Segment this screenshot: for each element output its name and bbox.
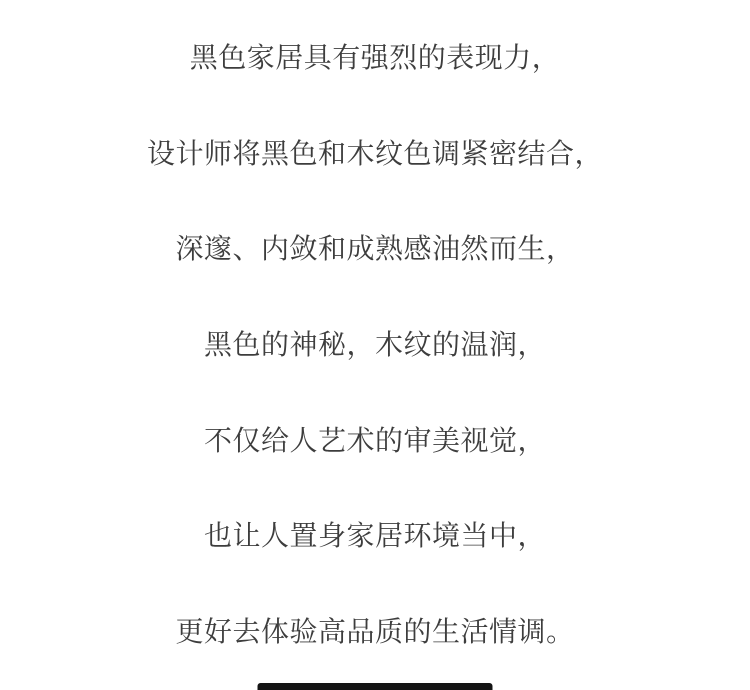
article-text-block: 黑色家居具有强烈的表现力， 设计师将黑色和木纹色调紧密结合， 深邃、内敛和成熟感… <box>0 0 750 690</box>
text-line: 深邃、内敛和成熟感油然而生， <box>0 235 750 263</box>
text-line: 设计师将黑色和木纹色调紧密结合， <box>0 140 750 168</box>
text-line: 也让人置身家居环境当中， <box>0 522 750 550</box>
text-line: 更好去体验高品质的生活情调。 <box>0 618 750 646</box>
text-line: 黑色家居具有强烈的表现力， <box>0 44 750 72</box>
text-line: 黑色的神秘，木纹的温润， <box>0 331 750 359</box>
bottom-dark-strip <box>258 683 493 690</box>
text-line: 不仅给人艺术的审美视觉， <box>0 427 750 455</box>
